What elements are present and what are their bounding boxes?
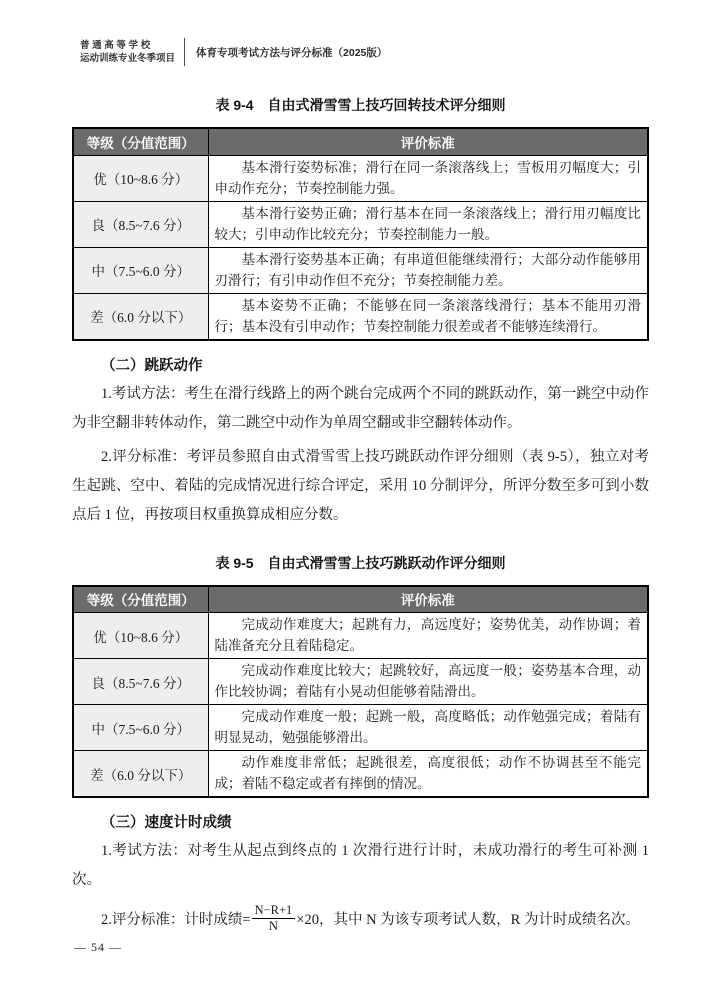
table-header-row: 等级（分值范围） 评价标准: [73, 128, 648, 155]
document-page: { "header": { "left_line1": "普 通 高 等 学 校…: [0, 0, 721, 1005]
formula-prefix: 2.评分标准：计时成绩=: [101, 912, 251, 928]
formula-denominator: N: [252, 919, 296, 934]
speed-method-paragraph: 1.考试方法：对考生从起点到终点的 1 次滑行进行计时，未成功滑行的考生可补测 …: [72, 837, 649, 895]
jump-scoring-paragraph: 2.评分标准：考评员参照自由式滑雪雪上技巧跳跃动作评分细则（表 9-5），独立对…: [72, 443, 649, 530]
criteria-cell: 完成动作难度大；起跳有力，高远度好；姿势优美，动作协调；着陆准备充分且着陆稳定。: [208, 613, 648, 659]
table-row: 差（6.0 分以下） 动作难度非常低；起跳很差，高度很低；动作不协调甚至不能完成…: [73, 751, 648, 798]
header-school-line2: 运动训练专业冬季项目: [80, 52, 175, 65]
grade-cell: 优（10~8.6 分）: [73, 613, 208, 659]
criteria-cell: 动作难度非常低；起跳很差，高度很低；动作不协调甚至不能完成；着陆不稳定或者有摔倒…: [208, 751, 648, 798]
criteria-cell: 基本姿势不正确；不能够在同一条滚落线滑行；基本不能用刃滑行；基本没有引申动作；节…: [208, 293, 648, 340]
header-school-block: 普 通 高 等 学 校 运动训练专业冬季项目: [80, 39, 175, 65]
table-9-4-title: 表 9-4 自由式滑雪雪上技巧回转技术评分细则: [0, 95, 721, 115]
grade-cell: 差（6.0 分以下）: [73, 293, 208, 340]
criteria-cell: 完成动作难度比较大；起跳较好，高远度一般；姿势基本合理，动作比较协调；着陆有小晃…: [208, 659, 648, 705]
grade-cell: 差（6.0 分以下）: [73, 751, 208, 798]
section-heading-speed: （三）速度计时成绩: [72, 811, 649, 832]
formula-suffix: ×20，其中 N 为该专项考试人数，R 为计时成绩名次。: [296, 912, 640, 928]
grade-column-header: 等级（分值范围）: [73, 586, 208, 613]
table-9-4: 等级（分值范围） 评价标准 优（10~8.6 分） 基本滑行姿势标准；滑行在同一…: [72, 127, 649, 341]
grade-cell: 中（7.5~6.0 分）: [73, 705, 208, 751]
table-9-5: 等级（分值范围） 评价标准 优（10~8.6 分） 完成动作难度大；起跳有力，高…: [72, 585, 649, 799]
grade-cell: 良（8.5~7.6 分）: [73, 659, 208, 705]
criteria-column-header: 评价标准: [208, 586, 648, 613]
table-row: 优（10~8.6 分） 基本滑行姿势标准；滑行在同一条滚落线上；雪板用刃幅度大；…: [73, 155, 648, 201]
table-9-5-title: 表 9-5 自由式滑雪雪上技巧跳跃动作评分细则: [0, 553, 721, 573]
doc-header: 普 通 高 等 学 校 运动训练专业冬季项目 体育专项考试方法与评分标准（202…: [72, 36, 649, 68]
criteria-cell: 基本滑行姿势标准；滑行在同一条滚落线上；雪板用刃幅度大；引申动作充分；节奏控制能…: [208, 155, 648, 201]
grade-cell: 优（10~8.6 分）: [73, 155, 208, 201]
header-school-line1: 普 通 高 等 学 校: [80, 39, 175, 52]
grade-column-header: 等级（分值范围）: [73, 128, 208, 155]
criteria-cell: 基本滑行姿势基本正确；有串道但能继续滑行；大部分动作能够用刃滑行；有引申动作但不…: [208, 247, 648, 293]
header-divider: [184, 38, 185, 66]
criteria-cell: 基本滑行姿势正确；滑行基本在同一条滚落线上；滑行用刃幅度比较大；引申动作比较充分…: [208, 201, 648, 247]
speed-scoring-paragraph: 2.评分标准：计时成绩=N−R+1N×20，其中 N 为该专项考试人数，R 为计…: [72, 905, 649, 936]
table-row: 差（6.0 分以下） 基本姿势不正确；不能够在同一条滚落线滑行；基本不能用刃滑行…: [73, 293, 648, 340]
table-row: 中（7.5~6.0 分） 完成动作难度一般；起跳一般，高度略低；动作勉强完成；着…: [73, 705, 648, 751]
section-heading-jump: （二）跳跃动作: [72, 354, 649, 375]
criteria-cell: 完成动作难度一般；起跳一般，高度略低；动作勉强完成；着陆有明显晃动，勉强能够滑出…: [208, 705, 648, 751]
criteria-column-header: 评价标准: [208, 128, 648, 155]
table-row: 良（8.5~7.6 分） 完成动作难度比较大；起跳较好，高远度一般；姿势基本合理…: [73, 659, 648, 705]
table-row: 中（7.5~6.0 分） 基本滑行姿势基本正确；有串道但能继续滑行；大部分动作能…: [73, 247, 648, 293]
header-doc-title: 体育专项考试方法与评分标准（2025版）: [196, 45, 387, 60]
jump-method-paragraph: 1.考试方法：考生在滑行线路上的两个跳台完成两个不同的跳跃动作，第一跳空中动作为…: [72, 380, 649, 438]
formula-numerator: N−R+1: [252, 903, 296, 919]
grade-cell: 良（8.5~7.6 分）: [73, 201, 208, 247]
page-number: — 54 —: [74, 940, 122, 955]
formula-fraction: N−R+1N: [252, 903, 296, 934]
table-header-row: 等级（分值范围） 评价标准: [73, 586, 648, 613]
table-row: 良（8.5~7.6 分） 基本滑行姿势正确；滑行基本在同一条滚落线上；滑行用刃幅…: [73, 201, 648, 247]
table-row: 优（10~8.6 分） 完成动作难度大；起跳有力，高远度好；姿势优美，动作协调；…: [73, 613, 648, 659]
grade-cell: 中（7.5~6.0 分）: [73, 247, 208, 293]
